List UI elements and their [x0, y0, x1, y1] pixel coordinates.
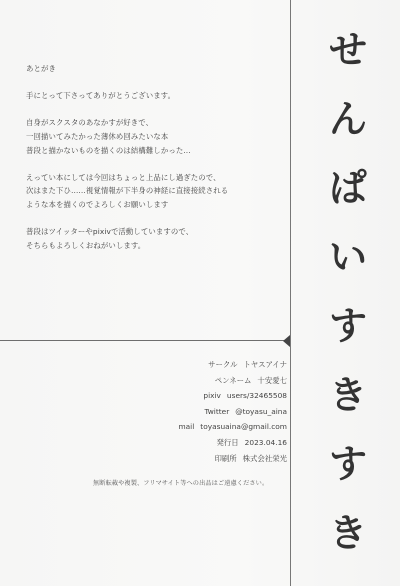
colophon-value: @toyasu_aina — [235, 407, 287, 416]
afterword-line: 次はまた下ひ……視覚情報が下半身の神経に直接接続される — [26, 184, 286, 198]
title-char: き — [329, 513, 367, 582]
afterword-paragraph: 手にとって下さってありがとうございます。 — [26, 89, 286, 103]
afterword-line: えってい本にしては今回はちょっと上品にし過ぎたので、 — [26, 171, 286, 185]
afterword-line: 一回描いてみたかった薄休め回みたいな本 — [26, 130, 286, 144]
colophon-value: 2023.04.16 — [245, 438, 287, 447]
colophon-row-date: 発行日2023.04.16 — [178, 435, 287, 451]
title-char: す — [329, 306, 367, 375]
colophon-row-twitter: Twitter@toyasu_aina — [178, 404, 287, 420]
colophon-key: ペンネーム — [215, 376, 252, 385]
colophon-key: 発行日 — [216, 438, 238, 447]
afterword-line: そちらもよろしくおねがいします。 — [26, 239, 286, 253]
page: あとがき 手にとって下さってありがとうございます。 自身がスクスタのあなかすが好… — [0, 0, 400, 586]
colophon-row-penname: ペンネーム十安愛七 — [178, 373, 287, 389]
afterword-line: 普段と描かないものを描くのは結構難しかった… — [26, 144, 286, 158]
colophon-value: toyasuaina@gmail.com — [200, 422, 287, 431]
colophon-value: 十安愛七 — [257, 376, 287, 385]
title-char: き — [329, 375, 367, 444]
afterword-line: 普段はツイッターやpixivで活動していますので、 — [26, 225, 286, 239]
title-char: せ — [329, 30, 367, 99]
afterword-paragraph: 自身がスクスタのあなかすが好きで、 一回描いてみたかった薄休め回みたいな本 普段… — [26, 116, 286, 157]
colophon-row-printer: 印刷所株式会社栄光 — [178, 451, 287, 467]
afterword-line: ような本を描くのでよろしくお願いします — [26, 198, 286, 212]
colophon-value: 株式会社栄光 — [243, 454, 287, 463]
afterword-section: あとがき 手にとって下さってありがとうございます。 自身がスクスタのあなかすが好… — [26, 62, 286, 266]
colophon-key: mail — [178, 422, 194, 431]
title-char: い — [329, 237, 367, 306]
afterword-paragraph: 普段はツイッターやpixivで活動していますので、 そちらもよろしくおねがいしま… — [26, 225, 286, 252]
colophon-value: users/32465508 — [227, 391, 287, 400]
title-char: す — [329, 444, 367, 513]
colophon-key: 印刷所 — [214, 454, 236, 463]
afterword-line: 自身がスクスタのあなかすが好きで、 — [26, 116, 286, 130]
colophon-row-mail: mailtoyasuaina@gmail.com — [178, 419, 287, 435]
colophon-row-circle: サークルトヤスアイナ — [178, 357, 287, 373]
title-char: ん — [329, 99, 367, 168]
colophon-key: pixiv — [203, 391, 221, 400]
colophon-key: Twitter — [204, 407, 229, 416]
afterword-heading: あとがき — [26, 62, 286, 76]
title-char: ぱ — [329, 168, 367, 237]
colophon-row-pixiv: pixivusers/32465508 — [178, 388, 287, 404]
copyright-notice: 無断転載や複製、フリマサイト等への出品はご遠慮ください。 — [93, 478, 268, 487]
horizontal-divider — [0, 340, 286, 341]
arrow-pointer-icon — [283, 335, 290, 347]
vertical-divider — [290, 0, 291, 586]
colophon-key: サークル — [208, 360, 237, 369]
afterword-line: 手にとって下さってありがとうございます。 — [26, 89, 286, 103]
afterword-paragraph: えってい本にしては今回はちょっと上品にし過ぎたので、 次はまた下ひ……視覚情報が… — [26, 171, 286, 212]
colophon-value: トヤスアイナ — [243, 360, 287, 369]
vertical-title: せ ん ぱ い す き す き — [318, 30, 378, 582]
colophon: サークルトヤスアイナ ペンネーム十安愛七 pixivusers/32465508… — [178, 357, 287, 466]
